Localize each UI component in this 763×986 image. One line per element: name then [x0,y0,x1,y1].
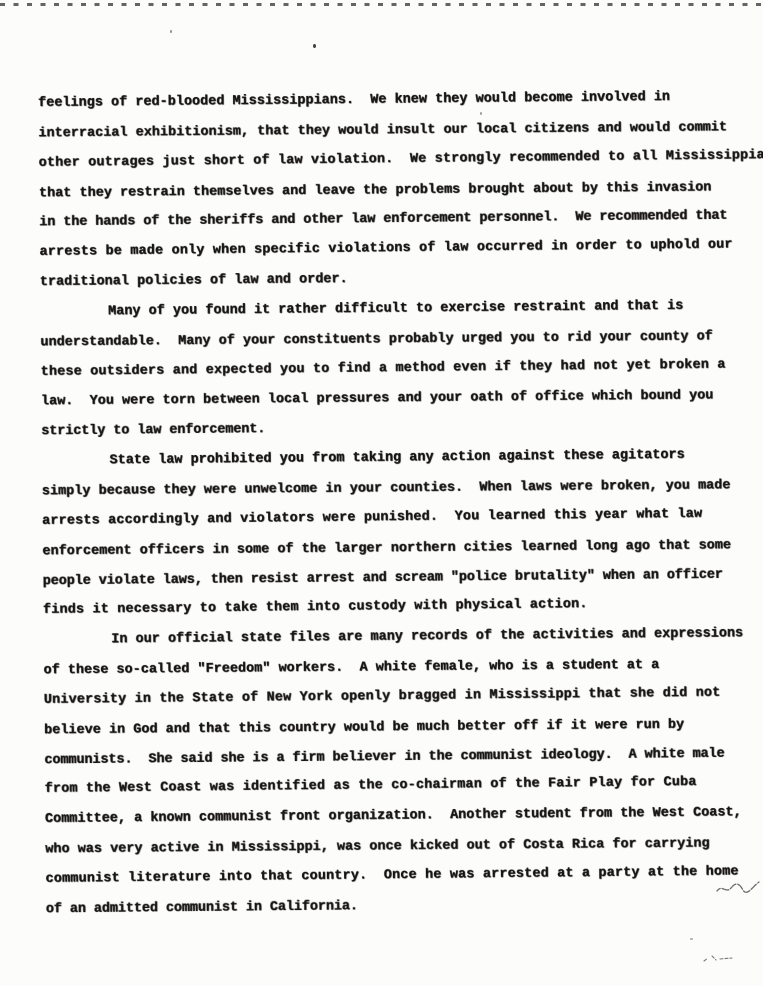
smudge-mark [715,878,761,900]
paragraph: In our official state files are many rec… [43,626,748,931]
document-page: feelings of red-blooded Mississippians. … [0,0,763,986]
document-line: of an admitted communist in California. [46,895,748,932]
paragraph: feelings of red-blooded Mississippians. … [38,89,742,305]
document-text: feelings of red-blooded Mississippians. … [38,89,748,931]
document-line: arrests accordingly and violators were p… [42,506,744,543]
smudge-mark [702,952,736,964]
paragraph: Many of you found it rather difficult to… [40,298,743,454]
ink-speck [690,938,693,940]
document-line: University in the State of New York open… [44,685,746,722]
ink-speck [170,30,172,33]
scan-edge-dashes [0,3,763,6]
paragraph: State law prohibited you from taking any… [41,447,745,633]
ink-speck [313,44,316,48]
